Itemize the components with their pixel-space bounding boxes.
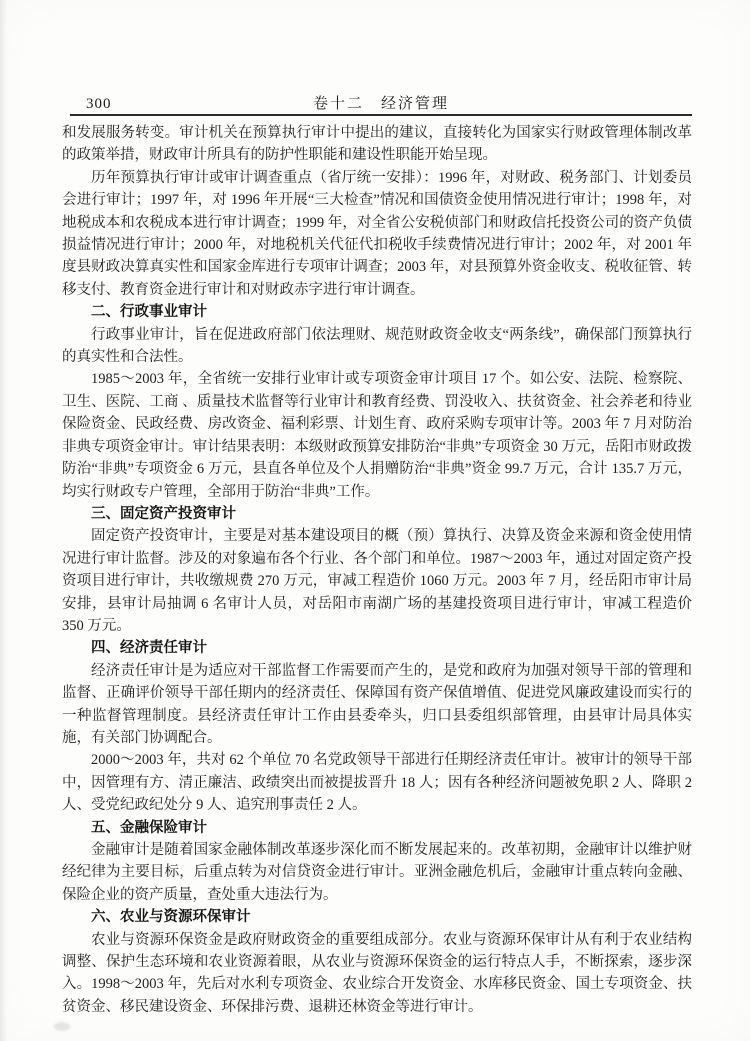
running-header: 300 卷十二 经济管理 [70,94,692,114]
body-paragraph: 固定资产投资审计，主要是对基本建设项目的概（预）算执行、决算及资金来源和资金使用… [62,525,692,637]
section-heading: 三、固定资产投资审计 [62,503,692,525]
body-paragraph: 经济责任审计是为适应对干部监督工作需要而产生的，是党和政府为加强对领导干部的管理… [62,660,692,750]
body-paragraph: 1985～2003 年，全省统一安排行业审计或专项资金审计项目 17 个。如公安… [62,368,692,502]
book-page: 300 卷十二 经济管理 和发展服务转变。审计机关在预算执行审计中提出的建议，直… [0,0,750,1041]
section-heading: 四、经济责任审计 [62,637,692,659]
body-paragraph: 金融审计是随着国家金融体制改革逐步深化而不断发展起来的。改革初期，金融审计以维护… [62,839,692,906]
body-paragraph: 农业与资源环保资金是政府财政资金的重要组成部分。农业与资源环保审计从有利于农业结… [62,929,692,1019]
body-paragraph: 2000～2003 年，共对 62 个单位 70 名党政领导干部进行任期经济责任… [62,749,692,816]
body-paragraph: 和发展服务转变。审计机关在预算执行审计中提出的建议，直接转化为国家实行财政管理体… [62,122,692,167]
scan-smudge-artifact [54,1022,70,1031]
running-title: 卷十二 经济管理 [70,94,692,114]
body-paragraph: 历年预算执行审计或审计调查重点（省厅统一安排）：1996 年，对财政、税务部门、… [62,167,692,301]
section-heading: 二、行政事业审计 [62,301,692,323]
page-body: 和发展服务转变。审计机关在预算执行审计中提出的建议，直接转化为国家实行财政管理体… [62,122,692,1018]
scan-edge-shadow [0,0,7,1041]
section-heading: 六、农业与资源环保审计 [62,906,692,928]
section-heading: 五、金融保险审计 [62,817,692,839]
header-rule [70,114,692,116]
body-paragraph: 行政事业审计，旨在促进政府部门依法理财、规范财政资金收支“两条线”，确保部门预算… [62,324,692,369]
